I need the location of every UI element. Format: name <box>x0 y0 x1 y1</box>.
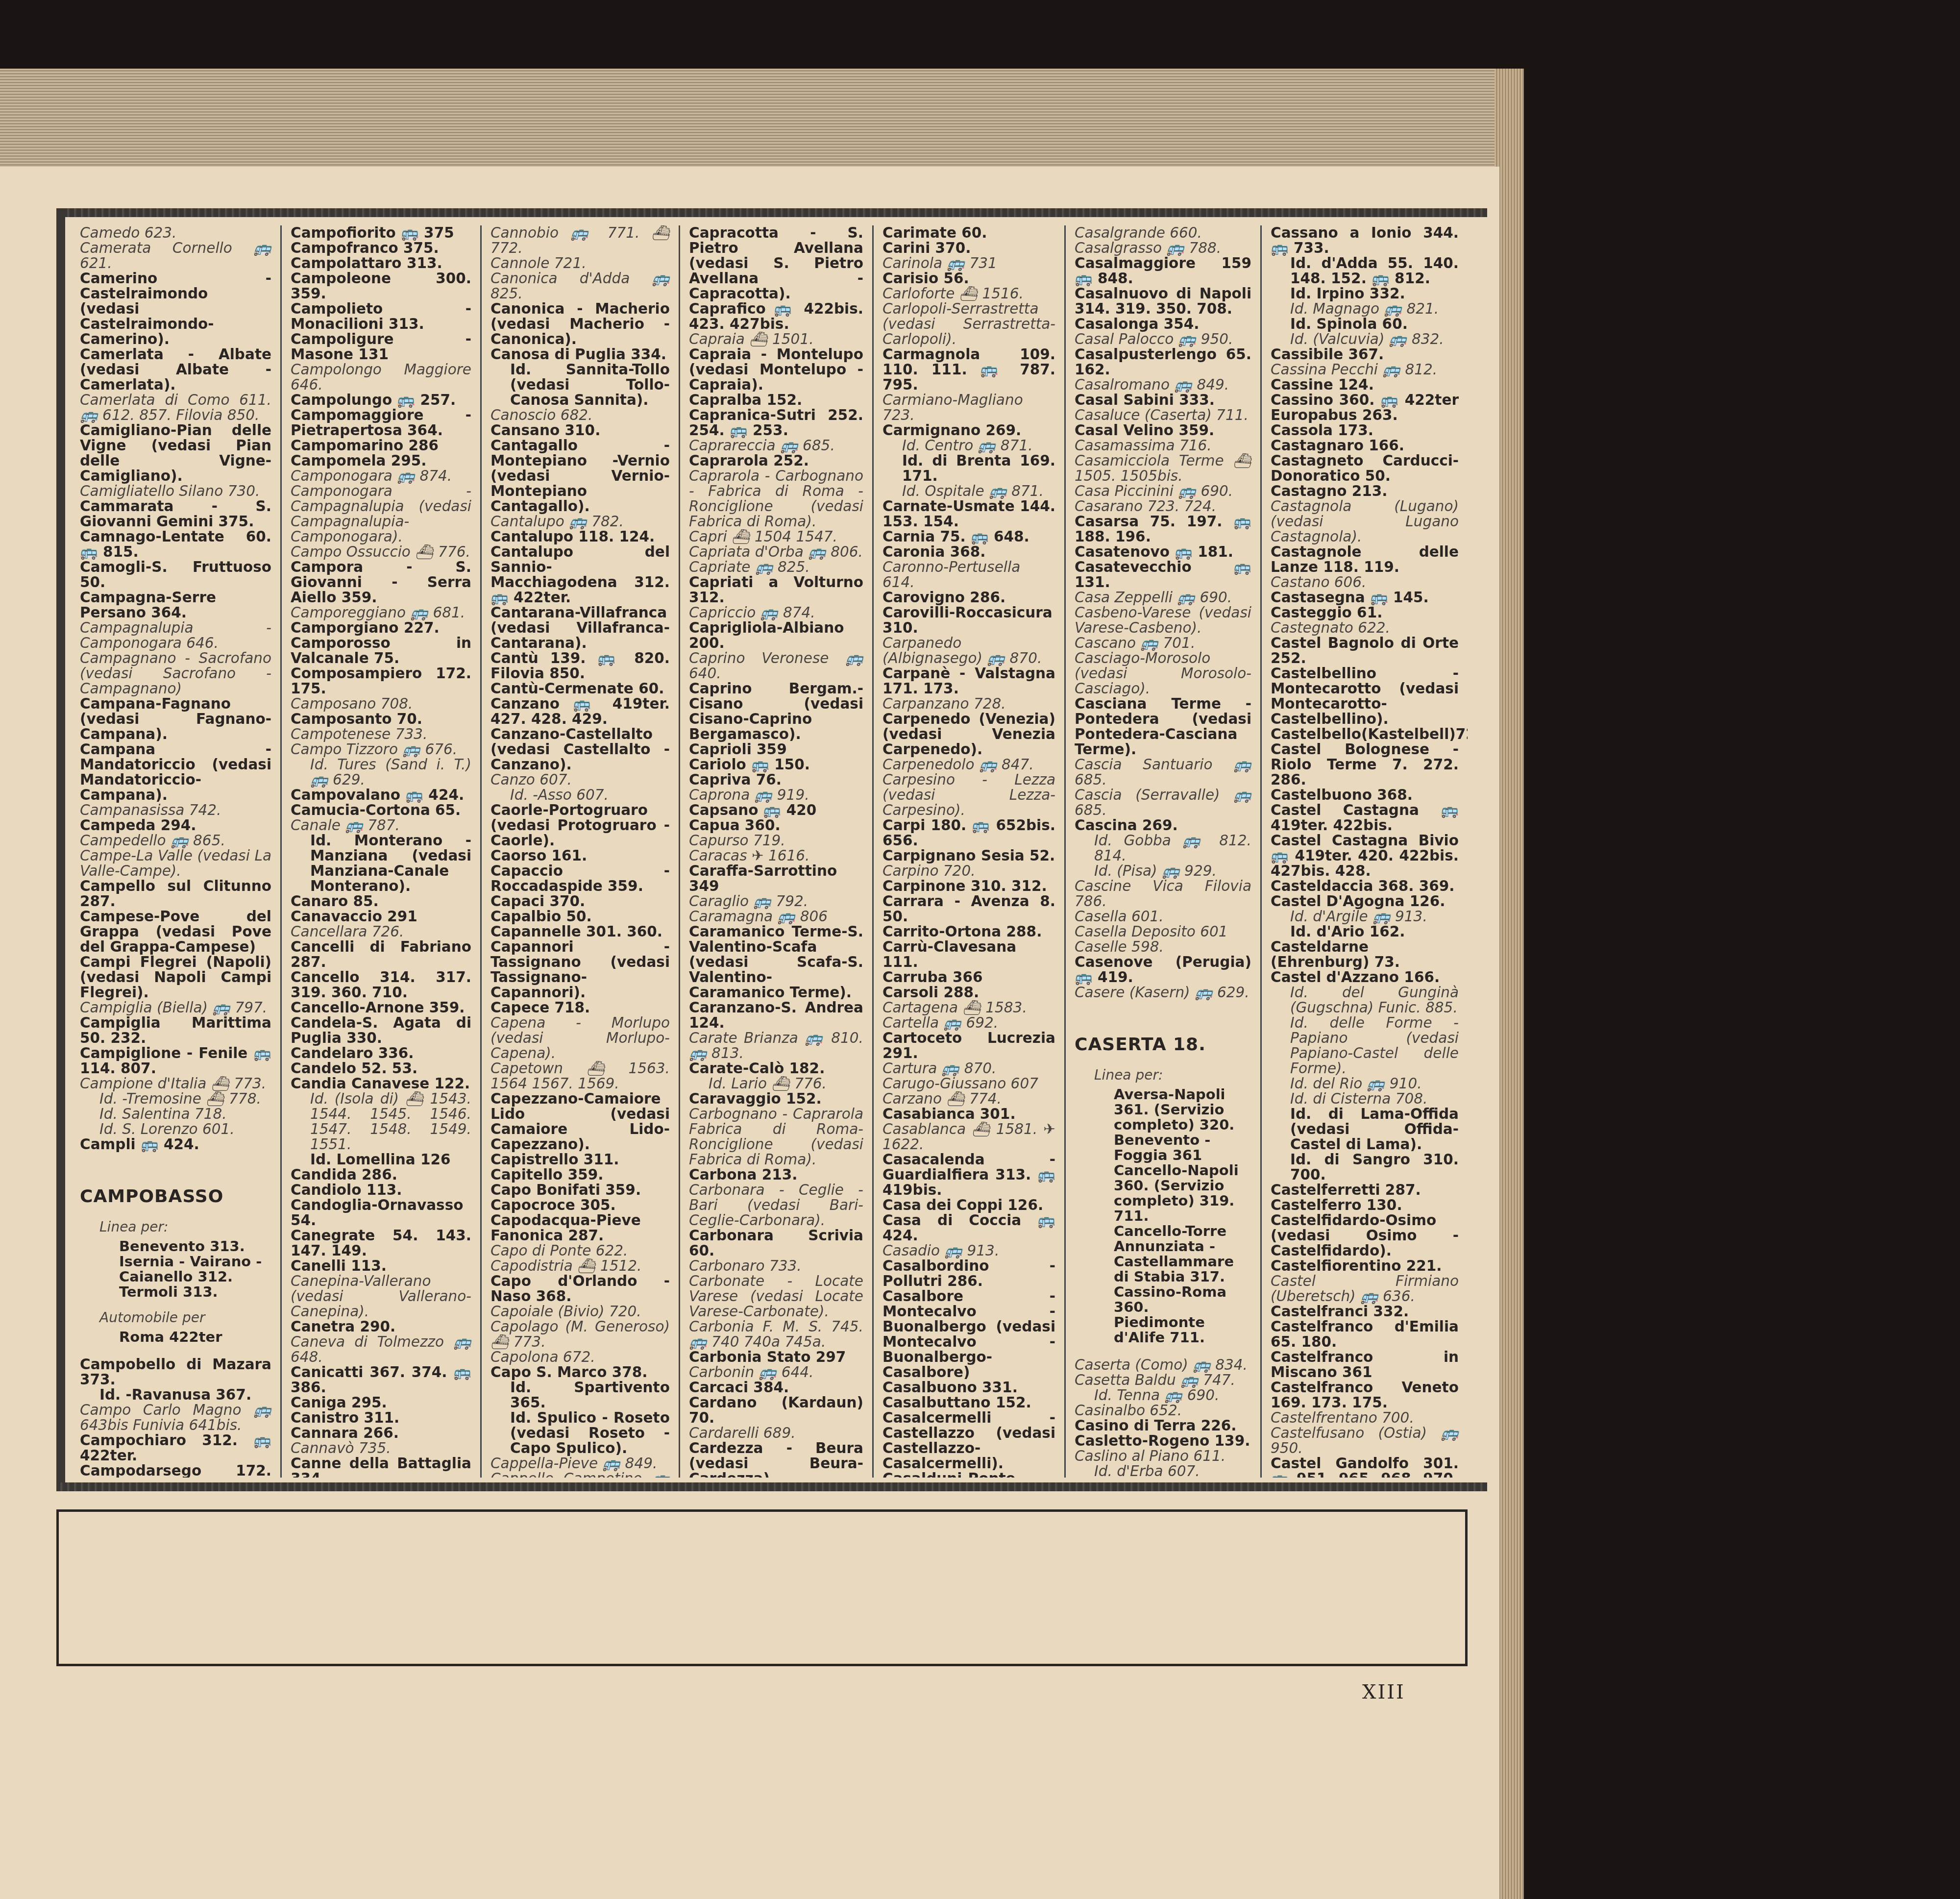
index-entry: Caronno-Pertusella 614. <box>882 560 1055 590</box>
index-entry: Canistro 311. <box>291 1410 471 1426</box>
line-destination: Termoli 313. <box>80 1284 271 1300</box>
index-entry: Cannole 721. <box>490 256 670 271</box>
index-entry: Cantù-Cermenate 60. <box>490 681 670 696</box>
index-entry: Carrara - Avenza 8. 50. <box>882 894 1055 924</box>
index-entry: Cassibile 367. <box>1271 347 1459 362</box>
index-entry: Caslino al Piano 611. <box>1075 1449 1251 1464</box>
index-entry: Campana - Mandatoriccio (vedasi Mandator… <box>80 742 271 803</box>
index-entry: Composampiero 172. 175. <box>291 666 471 696</box>
index-entry: Casetta Baldu 🚌 747. <box>1075 1373 1251 1388</box>
automobile-label: Automobile per <box>80 1309 271 1326</box>
index-entry: Cartoceto Lucrezia 291. <box>882 1031 1055 1061</box>
index-entry: Cansano 310. <box>490 423 670 438</box>
index-entry: Id. d'Adda 55. 140. 148. 152. 🚌 812. <box>1271 256 1459 286</box>
index-entry: Capodistria ⛴ 1512. <box>490 1258 670 1274</box>
index-entry: Campagnano - Sacrofano (vedasi Sacrofano… <box>80 651 271 696</box>
index-entry: Carpanedo (Albignasego) 🚌 870. <box>882 636 1055 666</box>
index-entry: Carsoli 288. <box>882 985 1055 1000</box>
index-entry: Canzano-Castellalto (vedasi Castellalto … <box>490 727 670 772</box>
empty-box <box>56 1509 1468 1666</box>
index-entry: Casalbuono 331. <box>882 1380 1055 1395</box>
index-entry: Id. -Ravanusa 367. <box>80 1387 271 1403</box>
index-entry: Casella Deposito 601 <box>1075 924 1251 939</box>
index-entry: Id. di Brenta 169. 171. <box>882 453 1055 484</box>
index-entry: Cancello-Arnone 359. <box>291 1000 471 1015</box>
index-entry: Id. Lomellina 126 <box>291 1152 471 1167</box>
index-entry: Casteldarne (Ehrenburg) 73. <box>1271 939 1459 970</box>
index-entry: Casalgrasso 🚌 788. <box>1075 241 1251 256</box>
index-entry: Caprioli 359 <box>689 742 863 757</box>
index-entry: Capo di Ponte 622. <box>490 1243 670 1258</box>
index-entry: Campochiaro 312. 🚌 422ter. <box>80 1433 271 1463</box>
index-entry: Capriata d'Orba 🚌 806. <box>689 544 863 560</box>
index-entry: Cantalupo del Sannio-Macchiagodena 312. … <box>490 544 670 605</box>
index-entry: Carbonia Stato 297 <box>689 1350 863 1365</box>
index-entry: Caserta (Como) 🚌 834. <box>1075 1357 1251 1373</box>
index-entry: Carcaci 384. <box>689 1380 863 1395</box>
index-entry: Canonica d'Adda 🚌 825. <box>490 271 670 301</box>
index-entry: Candela-S. Agata di Puglia 330. <box>291 1015 471 1046</box>
index-entry: Camerata Cornello 🚌 621. <box>80 241 271 271</box>
index-entry: Id. d'Argile 🚌 913. <box>1271 909 1459 924</box>
index-entry: Canzano 🚌 419ter. 427. 428. 429. <box>490 696 670 727</box>
index-entry: Capalbio 50. <box>490 909 670 924</box>
index-entry: Capetown ⛴ 1563. 1564 1567. 1569. <box>490 1061 670 1091</box>
index-entry: Cartura 🚌 870. <box>882 1061 1055 1076</box>
index-entry: Caprona 🚌 919. <box>689 788 863 803</box>
index-entry: Capo Bonifati 359. <box>490 1183 670 1198</box>
index-entry: Canne della Battaglia 334. <box>291 1456 471 1478</box>
index-entry: Casalbuttano 152. <box>882 1395 1055 1410</box>
index-entry: Camporosso in Valcanale 75. <box>291 636 471 666</box>
index-entry: Carinola 🚌 731 <box>882 256 1055 271</box>
index-entry: Cassine 124. <box>1271 377 1459 393</box>
index-entry: Carbonin 🚌 644. <box>689 1365 863 1380</box>
index-entry: Cardarelli 689. <box>689 1426 863 1441</box>
index-entry: Carbognano - Caprarola Fabrica di Roma-R… <box>689 1107 863 1167</box>
index-frame: Camedo 623.Camerata Cornello 🚌 621.Camer… <box>56 208 1487 1492</box>
index-entry: Id. Centro 🚌 871. <box>882 438 1055 453</box>
index-entry: Caraffa-Sarrottino 349 <box>689 863 863 894</box>
index-entry: Campovalano 🚌 424. <box>291 788 471 803</box>
index-entry: Carpanzano 728. <box>882 696 1055 712</box>
index-entry: Campione d'Italia ⛴ 773. <box>80 1076 271 1091</box>
index-entry: Carpino 720. <box>882 863 1055 879</box>
index-entry: Carpanè - Valstagna 171. 173. <box>882 666 1055 696</box>
index-entry: Camerlata di Como 611. 🚌 612. 857. Filov… <box>80 393 271 423</box>
index-entry: Canale 🚌 787. <box>291 818 471 833</box>
index-entry: Cammarata - S. Giovanni Gemini 375. <box>80 499 271 529</box>
index-entry: Id. di Sangro 310. 700. <box>1271 1152 1459 1183</box>
index-entry: Caprino Veronese 🚌 640. <box>689 651 863 681</box>
column-2: Campofiorito 🚌 375Campofranco 375.Campol… <box>282 225 482 1478</box>
index-entry: Canosa di Puglia 334. <box>490 347 670 362</box>
index-entry: Castelbuono 368. <box>1271 788 1459 803</box>
index-entry: Castelbellino - Montecarotto (vedasi Mon… <box>1271 666 1459 727</box>
index-entry: Castel D'Agogna 126. <box>1271 894 1459 909</box>
index-entry: Canaro 85. <box>291 894 471 909</box>
index-entry: Capaccio - Roccadaspide 359. <box>490 863 670 894</box>
index-entry: Canicatti 367. 374. 🚌 386. <box>291 1365 471 1395</box>
index-entry: Candida 286. <box>291 1167 471 1183</box>
section-heading: CASERTA 18. <box>1075 1035 1251 1055</box>
index-entry: Campomaggiore - Pietrapertosa 364. <box>291 408 471 438</box>
index-entry: Campofiorito 🚌 375 <box>291 225 471 241</box>
index-entry: Campotenese 733. <box>291 727 471 742</box>
index-entry: Cascia (Serravalle) 🚌 685. <box>1075 788 1251 818</box>
index-entry: Casalbordino - Pollutri 286. <box>882 1258 1055 1289</box>
index-entry: Capsano 🚌 420 <box>689 803 863 818</box>
index-entry: Campomarino 286 <box>291 438 471 453</box>
index-entry: Id. Salentina 718. <box>80 1107 271 1122</box>
index-entry: Casamassima 716. <box>1075 438 1251 453</box>
index-entry: Caramagna 🚌 806 <box>689 909 863 924</box>
index-entry: Campiglione - Fenile 🚌 114. 807. <box>80 1046 271 1076</box>
index-entry: Id. d'Ario 162. <box>1271 924 1459 939</box>
index-entry: Campolungo 🚌 257. <box>291 393 471 408</box>
index-entry: Campana-Fagnano (vedasi Fagnano-Campana)… <box>80 696 271 742</box>
index-entry: Carmignano 269. <box>882 423 1055 438</box>
index-entry: Casa dei Coppi 126. <box>882 1198 1055 1213</box>
index-entry: Carruba 366 <box>882 970 1055 985</box>
index-entry: Casal Sabini 333. <box>1075 393 1251 408</box>
index-entry: Id. Monterano - Manziana (vedasi Manzian… <box>291 833 471 894</box>
index-page: Camedo 623.Camerata Cornello 🚌 621.Camer… <box>0 167 1499 1899</box>
index-entry: Campagna-Serre Persano 364. <box>80 590 271 620</box>
index-entry: Cassano a Ionio 344. 🚌 733. <box>1271 225 1459 256</box>
index-entry: Castelfidardo-Osimo (vedasi Osimo - Cast… <box>1271 1213 1459 1258</box>
index-entry: Camnago-Lentate 60. 🚌 815. <box>80 529 271 560</box>
index-entry: Capraia - Montelupo (vedasi Montelupo - … <box>689 347 863 393</box>
index-entry: Castel Bagnolo di Orte 252. <box>1271 636 1459 666</box>
index-entry: Capannelle 301. 360. <box>490 924 670 939</box>
index-entry: Camedo 623. <box>80 225 271 241</box>
index-entry: Carbonia F. M. S. 745. 🚌 740 740a 745a. <box>689 1319 863 1350</box>
index-entry: Capurso 719. <box>689 833 863 848</box>
index-entry: Capaci 370. <box>490 894 670 909</box>
index-entry: Capezzano-Camaiore Lido (vedasi Camaiore… <box>490 1091 670 1152</box>
index-entry: Caramanico Terme-S. Valentino-Scafa (ved… <box>689 924 863 1000</box>
index-entry: Canavaccio 291 <box>291 909 471 924</box>
index-entry: Casaluce (Caserta) 711. <box>1075 408 1251 423</box>
line-destination: Cancello-Napoli 360. (Servizio completo)… <box>1075 1163 1251 1224</box>
index-entry: Carbonara Scrivia 60. <box>689 1228 863 1258</box>
index-entry: Caracas ✈ 1616. <box>689 848 863 863</box>
index-entry: Capena - Morlupo (vedasi Morlupo-Capena)… <box>490 1015 670 1061</box>
index-entry: Cartella 🚌 692. <box>882 1015 1055 1031</box>
index-entry: Caraglio 🚌 792. <box>689 894 863 909</box>
index-entry: Cartagena ⛴ 1583. <box>882 1000 1055 1015</box>
index-entry: Campo Carlo Magno 🚌 643bis Funivia 641bi… <box>80 1403 271 1433</box>
index-entry: Casteldaccia 368. 369. <box>1271 879 1459 894</box>
index-entry: Carzano ⛴ 774. <box>882 1091 1055 1107</box>
index-entry: Campese-Pove del Grappa (vedasi Pove del… <box>80 909 271 955</box>
index-entry: Id. (Pisa) 🚌 929. <box>1075 863 1251 879</box>
index-entry: Casatenovo 🚌 181. <box>1075 544 1251 560</box>
index-entry: Caronia 368. <box>882 544 1055 560</box>
index-entry: Caprarola - Carbognano - Fabrica di Roma… <box>689 469 863 529</box>
index-entry: Id. Lario ⛴ 776. <box>689 1076 863 1091</box>
index-entry: Carpignano Sesia 52. <box>882 848 1055 863</box>
index-entry: Canetra 290. <box>291 1319 471 1334</box>
index-entry: Cannara 266. <box>291 1426 471 1441</box>
index-entry: Cantalupo 118. 124. <box>490 529 670 544</box>
index-entry: Castelfrentano 700. <box>1271 1410 1459 1426</box>
index-entry: Id. di Cisterna 708. <box>1271 1091 1459 1107</box>
index-entry: Cantalupo 🚌 782. <box>490 514 670 529</box>
index-entry: Capua 360. <box>689 818 863 833</box>
index-entry: Carlopoli-Serrastretta (vedasi Serrastre… <box>882 301 1055 347</box>
index-entry: Camucia-Cortona 65. <box>291 803 471 818</box>
index-entry: Castel Castagna 🚌 419ter. 422bis. <box>1271 803 1459 833</box>
index-entry: Carpi 180. 🚌 652bis. 656. <box>882 818 1055 848</box>
index-entry: Id. -Asso 607. <box>490 788 670 803</box>
index-entry: Camerino - Castelraimondo (vedasi Castel… <box>80 271 271 347</box>
line-destination: Cassino-Roma 360. <box>1075 1284 1251 1315</box>
index-entry: Campiglia Marittima 50. 232. <box>80 1015 271 1046</box>
index-entry: Cassina Pecchi 🚌 812. <box>1271 362 1459 377</box>
index-entry: Id. Spartivento 365. <box>490 1380 670 1410</box>
index-entry: Caorle-Portogruaro (vedasi Protogruaro -… <box>490 803 670 848</box>
index-entry: Cannavò 735. <box>291 1441 471 1456</box>
index-entry: Casalduni-Ponte (vedasi Ponte-Casalduni)… <box>882 1471 1055 1478</box>
index-entry: Capo d'Orlando - Naso 368. <box>490 1274 670 1304</box>
index-entry: Camporeggiano 🚌 681. <box>291 605 471 620</box>
index-entry: Carimate 60. <box>882 225 1055 241</box>
index-entry: Carate Brianza 🚌 810. 🚌 813. <box>689 1031 863 1061</box>
line-destination: Cancello-Torre Annunziata - Castellammar… <box>1075 1224 1251 1284</box>
index-entry: Caniga 295. <box>291 1395 471 1410</box>
left-border <box>56 208 65 1491</box>
index-entry: Casal Velino 359. <box>1075 423 1251 438</box>
column-6: Casalgrande 660.Casalgrasso 🚌 788.Casalm… <box>1066 225 1262 1478</box>
index-entry: Casadio 🚌 913. <box>882 1243 1055 1258</box>
index-entry: Casalromano 🚌 849. <box>1075 377 1251 393</box>
index-entry: Castagneto Carducci-Donoratico 50. <box>1271 453 1459 484</box>
index-entry: Id. Tenna 🚌 690. <box>1075 1388 1251 1403</box>
index-entry: Capoiale (Bivio) 720. <box>490 1304 670 1319</box>
index-entry: Carisio 56. <box>882 271 1055 286</box>
index-entry: Canelli 113. <box>291 1258 471 1274</box>
index-entry: Casa di Coccia 🚌 424. <box>882 1213 1055 1243</box>
index-entry: Carbonaro 733. <box>689 1258 863 1274</box>
index-entry: Casenove (Perugia) 🚌 419. <box>1075 955 1251 985</box>
index-entry: Caprigliola-Albiano 200. <box>689 620 863 651</box>
index-entry: Camporgiano 227. <box>291 620 471 636</box>
index-entry: Id. Gobba 🚌 812. 814. <box>1075 833 1251 863</box>
index-entry: Carpenedo (Venezia) (vedasi Venezia Carp… <box>882 712 1055 757</box>
index-entry: Casablanca ⛴ 1581. ✈ 1622. <box>882 1122 1055 1152</box>
index-entry: Cantù 139. 🚌 820. Filovia 850. <box>490 651 670 681</box>
index-entry: Castano 606. <box>1271 575 1459 590</box>
index-entry: Carnia 75. 🚌 648. <box>882 529 1055 544</box>
index-entry: Castelfiorentino 221. <box>1271 1258 1459 1274</box>
index-entry: Caorso 161. <box>490 848 670 863</box>
index-entry: Castagnola (Lugano) (vedasi Lugano Casta… <box>1271 499 1459 544</box>
index-entry: Capriati a Volturno 312. <box>689 575 863 605</box>
line-destination: Piedimonte d'Alife 711. <box>1075 1315 1251 1345</box>
index-entry: Caprino Bergam.-Cisano (vedasi Cisano-Ca… <box>689 681 863 742</box>
index-entry: Caravaggio 152. <box>689 1091 863 1107</box>
index-entry: Campeda 294. <box>80 818 271 833</box>
index-entry: Casalnuovo di Napoli 314. 319. 350. 708. <box>1075 286 1251 317</box>
index-entry: Camigliano-Pian delle Vigne (vedasi Pian… <box>80 423 271 484</box>
column-4: Capracotta - S. Pietro Avellana (vedasi … <box>680 225 874 1478</box>
index-entry: Caranzano-S. Andrea 124. <box>689 1000 863 1031</box>
index-entry: Carovilli-Roccasicura 310. <box>882 605 1055 636</box>
index-entry: Castelfranci 332. <box>1271 1304 1459 1319</box>
index-entry: Campomela 295. <box>291 453 471 469</box>
index-entry: Casella 601. <box>1075 909 1251 924</box>
index-entry: Id. di Lama-Offida (vedasi Offida-Castel… <box>1271 1107 1459 1152</box>
index-entry: Id. Spinola 60. <box>1271 317 1459 332</box>
index-entry: Id. del Rio 🚌 910. <box>1271 1076 1459 1091</box>
index-entry: Campobello di Mazara 373. <box>80 1357 271 1387</box>
index-entry: Casciana Terme - Pontedera (vedasi Ponte… <box>1075 696 1251 757</box>
index-entry: Campello sul Clitunno 287. <box>80 879 271 909</box>
index-entry: Castagnaro 166. <box>1271 438 1459 453</box>
index-entry: Castasegna 🚌 145. <box>1271 590 1459 605</box>
index-entry: Carbona 213. <box>689 1167 863 1183</box>
index-entry: Id. Sannita-Tollo (vedasi Tollo-Canosa S… <box>490 362 670 408</box>
index-entry: Casa Zeppelli 🚌 690. <box>1075 590 1251 605</box>
index-entry: Id. Irpino 332. <box>1271 286 1459 301</box>
index-entry: Casalonga 354. <box>1075 317 1251 332</box>
index-entry: Carbonara - Ceglie - Bari (vedasi Bari-C… <box>689 1183 863 1228</box>
index-entry: Cardano (Kardaun) 70. <box>689 1395 863 1426</box>
index-entry: Caselle 598. <box>1075 939 1251 955</box>
automobile-destination: Roma 422ter <box>80 1330 271 1345</box>
index-entry: Cassino 360. 🚌 422ter Europabus 263. <box>1271 393 1459 423</box>
index-entry: Campodarsego 172. 175. <box>80 1463 271 1478</box>
index-entry: Id. d'Erba 607. <box>1075 1464 1251 1478</box>
index-entry: Camposanto 70. <box>291 712 471 727</box>
index-entry: Campoleone 300. 359. <box>291 271 471 301</box>
column-5: Carimate 60.Carini 370.Carinola 🚌 731Car… <box>874 225 1066 1478</box>
index-entry: Casalcermelli - Castellazzo (vedasi Cast… <box>882 1410 1055 1471</box>
index-entry: Caprareccia 🚌 685. <box>689 438 863 453</box>
index-columns: Camedo 623.Camerata Cornello 🚌 621.Camer… <box>71 225 1477 1478</box>
index-entry: Castelfranco in Miscano 361 <box>1271 1350 1459 1380</box>
index-entry: Casciago-Morosolo (vedasi Morosolo-Casci… <box>1075 651 1251 696</box>
index-entry: Cantarana-Villafranca (vedasi Villafranc… <box>490 605 670 651</box>
index-entry: Camigliatello Silano 730. <box>80 484 271 499</box>
index-entry: Candia Canavese 122. <box>291 1076 471 1091</box>
index-entry: Capri ⛴ 1504 1547. <box>689 529 863 544</box>
index-entry: Carini 370. <box>882 241 1055 256</box>
index-entry: Campora - S. Giovanni - Serra Aiello 359… <box>291 560 471 605</box>
index-entry: Capodacqua-Pieve Fanonica 287. <box>490 1213 670 1243</box>
index-entry: Campofranco 375. <box>291 241 471 256</box>
index-entry: Camponogara - Campagnalupia (vedasi Camp… <box>291 484 471 544</box>
index-entry: Canonica - Macherio (vedasi Macherio - C… <box>490 301 670 347</box>
index-entry: Camposano 708. <box>291 696 471 712</box>
index-entry: Casletto-Rogeno 139. <box>1075 1433 1251 1449</box>
index-entry: Campedello 🚌 865. <box>80 833 271 848</box>
index-entry: Capranica-Sutri 252. 254. 🚌 253. <box>689 408 863 438</box>
index-entry: Id. S. Lorenzo 601. <box>80 1122 271 1137</box>
index-entry: Capriate 🚌 825. <box>689 560 863 575</box>
index-entry: Canegrate 54. 143. 147. 149. <box>291 1228 471 1258</box>
index-entry: Casalpusterlengo 65. 162. <box>1075 347 1251 377</box>
index-entry: Campagnalupia - Camponogara 646. <box>80 620 271 651</box>
index-entry: Carmiano-Magliano 723. <box>882 393 1055 423</box>
index-entry: Castel Castagna Bivio 🚌 419ter. 420. 422… <box>1271 833 1459 879</box>
index-entry: Capocroce 305. <box>490 1198 670 1213</box>
bottom-border <box>56 1482 1487 1491</box>
index-entry: Caneva di Tolmezzo 🚌 648. <box>291 1334 471 1365</box>
index-entry: Casacalenda - Guardialfiera 313. 🚌 419bi… <box>882 1152 1055 1198</box>
index-entry: Campolieto - Monacilioni 313. <box>291 301 471 332</box>
linea-label: Linea per: <box>80 1219 271 1235</box>
index-entry: Casalmaggiore 159 🚌 848. <box>1075 256 1251 286</box>
index-entry: Cancellara 726. <box>291 924 471 939</box>
index-entry: Caprarola 252. <box>689 453 863 469</box>
index-entry: Castel Bolognese - Riolo Terme 7. 272. 2… <box>1271 742 1459 788</box>
index-entry: Cannobio 🚌 771. ⛴ 772. <box>490 225 670 256</box>
index-entry: Capistrello 311. <box>490 1152 670 1167</box>
index-entry: Cascia Santuario 🚌 685. <box>1075 757 1251 788</box>
index-entry: Cancello 314. 317. 319. 360. 710. <box>291 970 471 1000</box>
index-entry: Carpesino - Lezza (vedasi Lezza-Carpesin… <box>882 772 1055 818</box>
index-entry: Campli 🚌 424. <box>80 1137 271 1152</box>
index-entry: Campolongo Maggiore 646. <box>291 362 471 393</box>
index-entry: Campo Ossuccio ⛴ 776. <box>291 544 471 560</box>
index-entry: Castelferro 130. <box>1271 1198 1459 1213</box>
index-entry: Carugo-Giussano 607 <box>882 1076 1055 1091</box>
index-entry: Id. Ospitale 🚌 871. <box>882 484 1055 499</box>
section-heading: CAMPOBASSO <box>80 1186 271 1207</box>
index-entry: Carrito-Ortona 288. <box>882 924 1055 939</box>
index-entry: Campolattaro 313. <box>291 256 471 271</box>
index-entry: Campoligure - Masone 131 <box>291 332 471 362</box>
index-entry: Casatevecchio 🚌 131. <box>1075 560 1251 590</box>
linea-label: Linea per: <box>1075 1067 1251 1083</box>
index-entry: Castel Firmiano (Uberetsch) 🚌 636. <box>1271 1274 1459 1304</box>
index-entry: Id. Spulico - Roseto (vedasi Roseto - Ca… <box>490 1410 670 1456</box>
line-destination: Aversa-Napoli 361. (Servizio completo) 3… <box>1075 1087 1251 1133</box>
index-entry: Cassola 173. <box>1271 423 1459 438</box>
index-entry: Camerlata - Albate (vedasi Albate - Came… <box>80 347 271 393</box>
index-entry: Id. del Gunginà (Gugschna) Funic. 885. <box>1271 985 1459 1015</box>
index-entry: Casarsa 75. 197. 🚌 188. 196. <box>1075 514 1251 544</box>
index-entry: Casteggio 61. <box>1271 605 1459 620</box>
index-entry: Casal Palocco 🚌 950. <box>1075 332 1251 347</box>
index-entry: Capannori - Tassignano (vedasi Tassignan… <box>490 939 670 1000</box>
index-entry: Casalgrande 660. <box>1075 225 1251 241</box>
index-entry: Casarano 723. 724. <box>1075 499 1251 514</box>
index-entry: Castelbello(Kastelbell)72. <box>1271 727 1459 742</box>
index-entry: Cancelli di Fabriano 287. <box>291 939 471 970</box>
index-entry: Capece 718. <box>490 1000 670 1015</box>
index-entry: Carloforte ⛴ 1516. <box>882 286 1055 301</box>
index-entry: Campo Tizzoro 🚌 676. <box>291 742 471 757</box>
index-entry: Casabianca 301. <box>882 1107 1055 1122</box>
index-entry: Capraia ⛴ 1501. <box>689 332 863 347</box>
index-entry: Castagnole delle Lanze 118. 119. <box>1271 544 1459 575</box>
index-entry: Capolago (M. Generoso) ⛴ 773. <box>490 1319 670 1350</box>
index-entry: Candelo 52. 53. <box>291 1061 471 1076</box>
index-entry: Id. delle Forme - Papiano (vedasi Papian… <box>1271 1015 1459 1076</box>
page-number: XIII <box>1362 1681 1405 1703</box>
index-entry: Carbonate - Locate Varese (vedasi Locate… <box>689 1274 863 1319</box>
index-entry: Capitello 359. <box>490 1167 670 1183</box>
index-entry: Castelfranco d'Emilia 65. 180. <box>1271 1319 1459 1350</box>
column-1: Camedo 623.Camerata Cornello 🚌 621.Camer… <box>71 225 282 1478</box>
index-entry: Camponogara 🚌 874. <box>291 469 471 484</box>
index-entry: Cascine Vica Filovia 786. <box>1075 879 1251 909</box>
index-entry: Capriccio 🚌 874. <box>689 605 863 620</box>
